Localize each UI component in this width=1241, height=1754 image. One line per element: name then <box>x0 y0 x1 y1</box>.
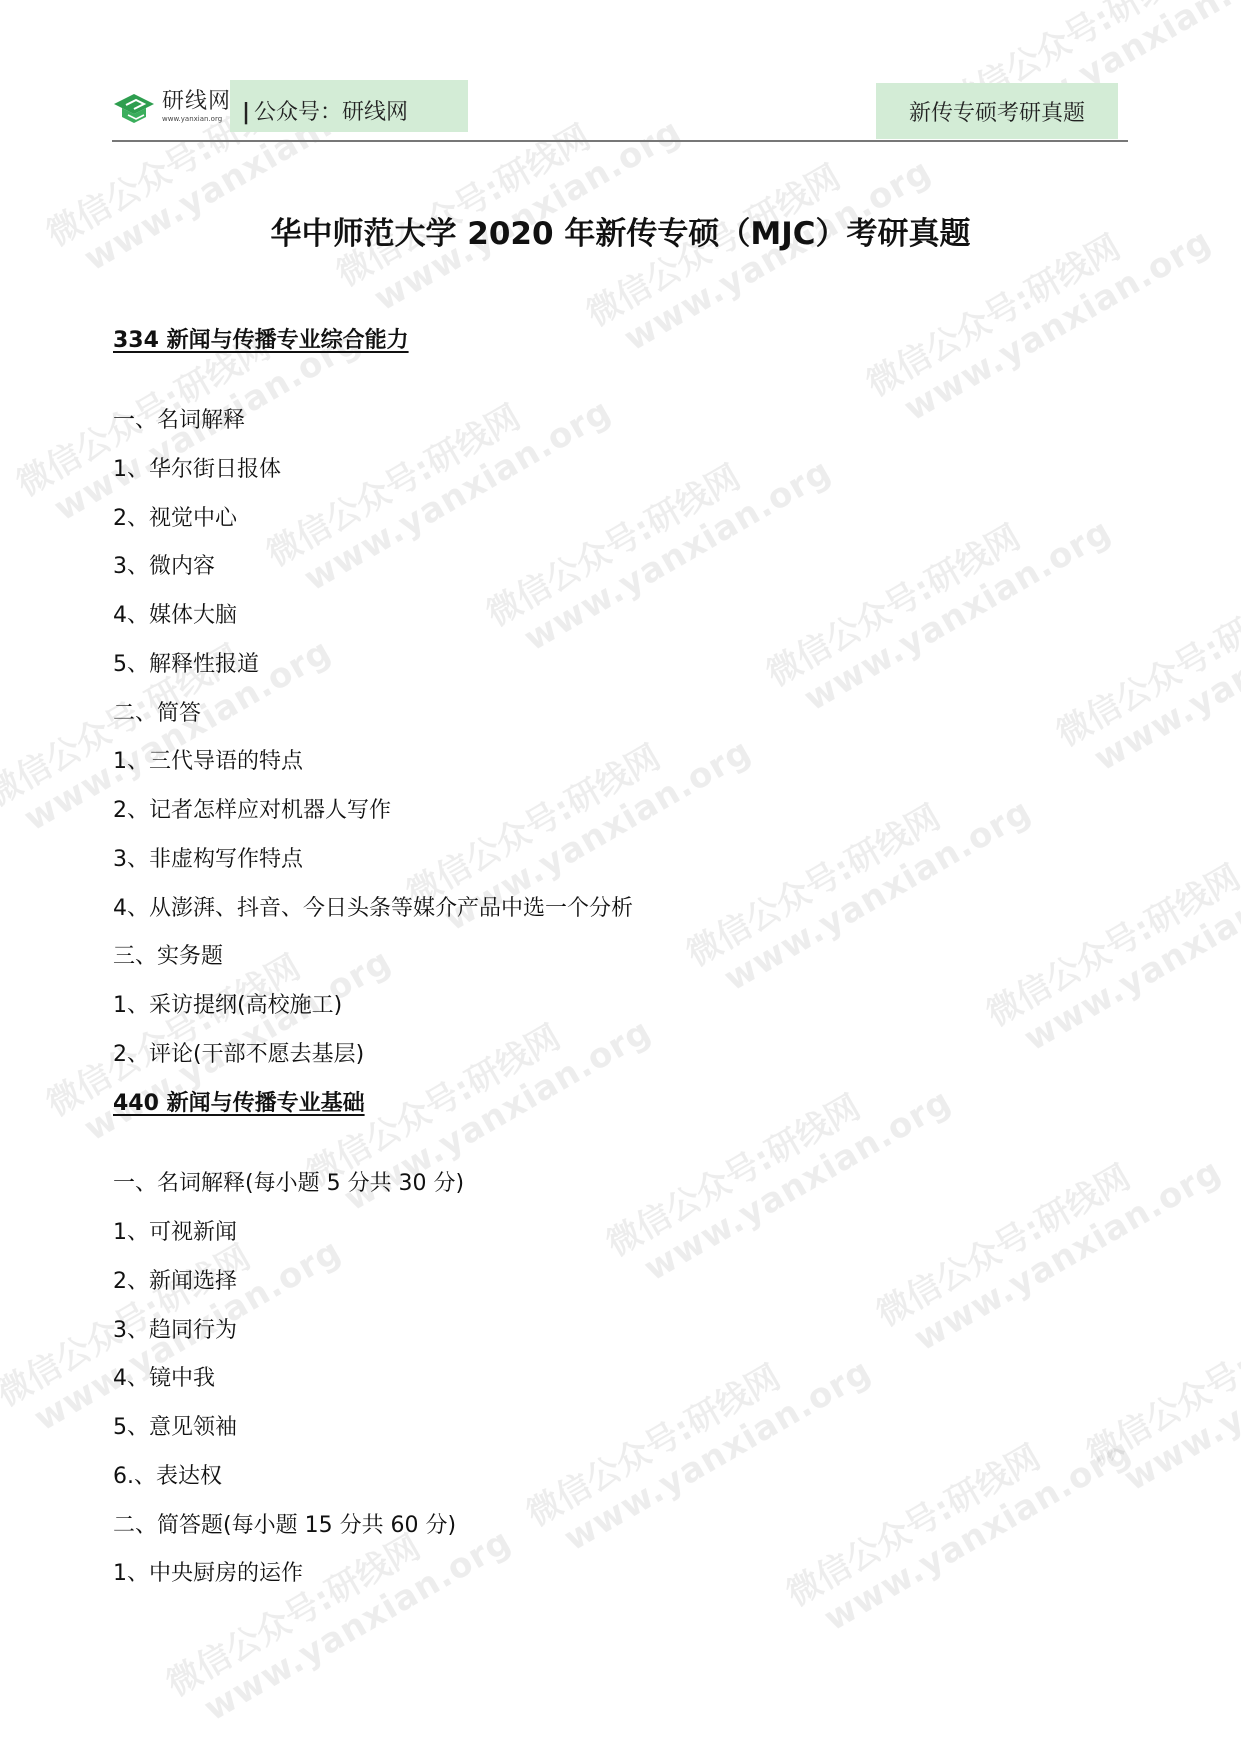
part-heading: 二、简答 <box>113 696 201 727</box>
account-text: 公众号：研线网 <box>254 100 408 125</box>
page-header: 研线网 www.yanxian.org |公众号：研线网 新传专硕考研真题 <box>112 80 1128 140</box>
part-heading: 三、实务题 <box>113 939 223 970</box>
question-item: 5、意见领袖 <box>113 1410 237 1441</box>
question-item: 1、可视新闻 <box>113 1215 237 1246</box>
graduation-cap-icon <box>112 90 158 124</box>
watermark: 微信公众号:研线网www.yanxian.org <box>1080 1256 1241 1509</box>
question-item: 2、视觉中心 <box>113 501 237 532</box>
section-heading-334: 334 新闻与传播专业综合能力 <box>113 323 409 354</box>
category-label: 新传专硕考研真题 <box>909 96 1085 127</box>
watermark: 微信公众号:研线网www.yanxian.org <box>980 816 1241 1069</box>
question-item: 6.、表达权 <box>113 1459 222 1490</box>
watermark: 微信公众号:研线网www.yanxian.org <box>260 356 618 609</box>
watermark: 微信公众号:研线网www.yanxian.org <box>480 416 838 669</box>
question-item: 4、镜中我 <box>113 1361 215 1392</box>
question-item: 3、微内容 <box>113 549 215 580</box>
logo: 研线网 www.yanxian.org <box>112 90 231 124</box>
watermark: 微信公众号:研线网www.yanxian.org <box>1050 536 1241 789</box>
account-label: |公众号：研线网 <box>242 95 408 126</box>
part-heading: 一、名词解释(每小题 5 分共 30 分) <box>113 1166 464 1197</box>
watermark: 微信公众号:研线网www.yanxian.org <box>760 476 1118 729</box>
part-heading: 一、名词解释 <box>113 403 245 434</box>
question-item: 1、三代导语的特点 <box>113 744 303 775</box>
question-item: 1、采访提纲(高校施工) <box>113 988 342 1019</box>
question-item: 2、新闻选择 <box>113 1264 237 1295</box>
section-heading-440: 440 新闻与传播专业基础 <box>113 1086 365 1117</box>
question-item: 4、媒体大脑 <box>113 598 237 629</box>
header-divider <box>112 140 1128 142</box>
question-item: 2、记者怎样应对机器人写作 <box>113 793 391 824</box>
question-item: 3、趋同行为 <box>113 1313 237 1344</box>
watermark: 微信公众号:研线网www.yanxian.org <box>520 1316 878 1569</box>
logo-name: 研线网 <box>162 90 231 114</box>
watermark: 微信公众号:研线网www.yanxian.org <box>600 1046 958 1299</box>
question-item: 5、解释性报道 <box>113 647 259 678</box>
question-item: 3、非虚构写作特点 <box>113 842 303 873</box>
watermark-layer: 微信公众号:研线网www.yanxian.org 微信公众号:研线网www.ya… <box>0 0 1241 1754</box>
category-banner: 新传专硕考研真题 <box>876 83 1118 139</box>
question-item: 2、评论(干部不愿去基层) <box>113 1037 364 1068</box>
separator: | <box>242 100 250 125</box>
watermark: 微信公众号:研线网www.yanxian.org <box>870 1116 1228 1369</box>
question-item: 4、从澎湃、抖音、今日头条等媒介产品中选一个分析 <box>113 891 633 922</box>
question-item: 1、华尔街日报体 <box>113 452 281 483</box>
part-heading: 二、简答题(每小题 15 分共 60 分) <box>113 1508 456 1539</box>
logo-url: www.yanxian.org <box>162 115 231 123</box>
watermark: 微信公众号:研线网www.yanxian.org <box>680 756 1038 1009</box>
question-item: 1、中央厨房的运作 <box>113 1556 303 1587</box>
watermark: 微信公众号:研线网www.yanxian.org <box>780 1396 1138 1649</box>
document-title: 华中师范大学 2020 年新传专硕（MJC）考研真题 <box>0 208 1241 253</box>
